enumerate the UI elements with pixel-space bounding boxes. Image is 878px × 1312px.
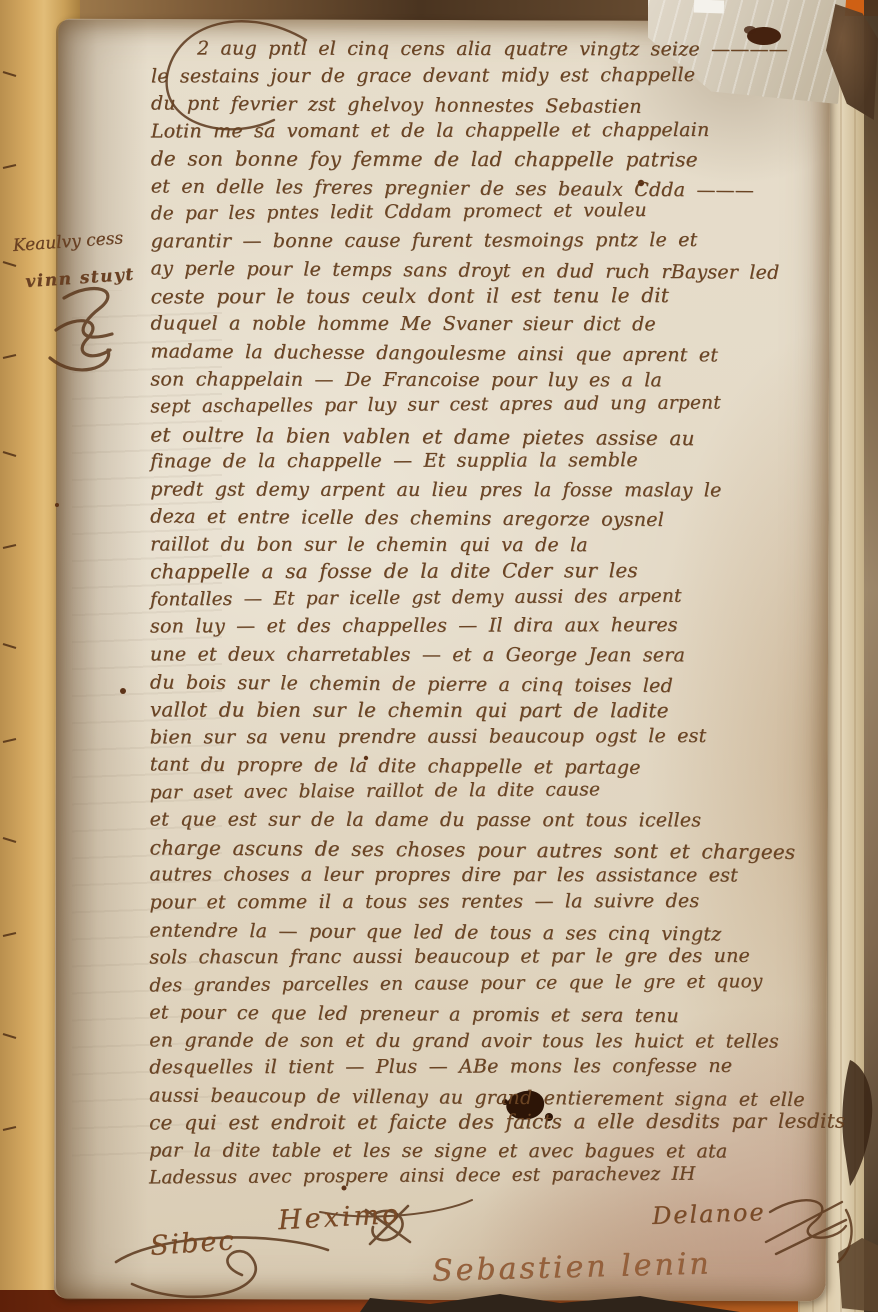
manuscript-photo: Keaulvy cess vinn stuyt 2 aug pntl el ci…: [0, 0, 878, 1312]
text-line: de son bonne foy femme de lad chappelle …: [151, 146, 827, 175]
text-line: bien sur sa venu prendre aussi beaucoup …: [150, 722, 826, 751]
text-line: 2 aug pntl el cinq cens alia quatre ving…: [151, 35, 827, 64]
text-line: predt gst demy arpent au lieu pres la fo…: [150, 476, 826, 505]
text-line: le sestains jour de grace devant midy es…: [151, 61, 827, 90]
text-line: une et deux charretables — et a George J…: [150, 641, 826, 670]
text-line: de par les pntes ledit Cddam promect et …: [151, 196, 827, 228]
text-line: charge ascuns de ses choses pour autres …: [149, 834, 825, 866]
text-line: raillot du bon sur le chemin qui va de l…: [150, 531, 826, 560]
text-line: Ladessus avec prospere ainsi dece est pa…: [149, 1160, 825, 1192]
signature-heximo: Heximo: [277, 1199, 402, 1236]
text-line: autres choses a leur propres dire par le…: [150, 862, 826, 891]
text-line: du bois sur le chemin de pierre a cinq t…: [150, 669, 826, 701]
text-line: fontalles — Et par icelle gst demy aussi…: [150, 582, 826, 614]
manuscript-text: 2 aug pntl el cinq cens alia quatre ving…: [149, 35, 827, 1193]
margin-paraph: [50, 289, 112, 370]
bottom-tatters: [360, 1294, 740, 1312]
text-line: garantir — bonne cause furent tesmoings …: [151, 226, 827, 255]
signature-delanoe: Delanoe: [652, 1198, 766, 1230]
text-line: par aset avec blaise raillot de la dite …: [150, 774, 826, 806]
text-line: Lotin me sa vomant et de la chappelle et…: [151, 116, 827, 145]
text-line: des grandes parcelles en cause pour ce q…: [149, 967, 825, 999]
text-line: ceste pour le tous ceulx dont il est ten…: [151, 282, 827, 311]
signature-sebastien-lenin: Sebastien lenin: [432, 1246, 712, 1288]
text-line: finage de la chappelle — Et supplia la s…: [150, 447, 826, 476]
text-line: duquel a noble homme Me Svaner sieur dic…: [150, 311, 826, 340]
text-line: et que est sur de la dame du passe ont t…: [150, 807, 826, 836]
text-line: madame la duchesse dangoulesme ainsi que…: [150, 338, 826, 370]
dark-stain-right-edge: [842, 1060, 872, 1186]
signature-sibec: Sibec: [149, 1225, 236, 1262]
text-line: sept aschapelles par luy sur cest apres …: [150, 389, 826, 421]
delanoe-paraph: [766, 1200, 852, 1262]
text-line: desquelles il tient — Plus — ABe mons le…: [149, 1053, 825, 1082]
text-line: et pour ce que led preneur a promis et s…: [149, 1000, 825, 1032]
text-line: en grande de son et du grand avoir tous …: [149, 1027, 825, 1056]
text-line: ce qui est endroit et faicte des faicts …: [149, 1108, 825, 1137]
text-line: pour et comme il a tous ses rentes — la …: [149, 888, 825, 917]
text-line: son luy — et des chappelles — Il dira au…: [150, 612, 826, 641]
text-line: deza et entre icelle des chemins aregorz…: [150, 504, 826, 536]
